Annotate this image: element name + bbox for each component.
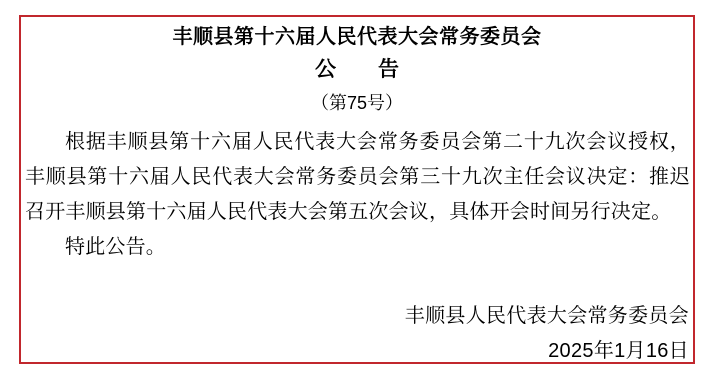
document-body: 根据丰顺县第十六届人民代表大会常务委员会第二十九次会议授权，丰顺县第十六届人民代… (21, 125, 693, 265)
document-title: 丰顺县第十六届人民代表大会常务委员会 (21, 25, 693, 49)
document-number: （第75号） (21, 92, 693, 114)
signature-block: 丰顺县人民代表大会常务委员会 2025年1月16日 (21, 299, 689, 369)
body-paragraph: 根据丰顺县第十六届人民代表大会常务委员会第二十九次会议授权，丰顺县第十六届人民代… (25, 125, 690, 230)
announcement-heading: 公 告 (21, 58, 693, 82)
signature: 丰顺县人民代表大会常务委员会 (21, 299, 689, 334)
red-border-frame: 丰顺县第十六届人民代表大会常务委员会 公 告 （第75号） 根据丰顺县第十六届人… (19, 15, 695, 364)
closing-line: 特此公告。 (25, 230, 690, 265)
date: 2025年1月16日 (21, 334, 689, 369)
announcement-page: 丰顺县第十六届人民代表大会常务委员会 公 告 （第75号） 根据丰顺县第十六届人… (0, 0, 709, 378)
